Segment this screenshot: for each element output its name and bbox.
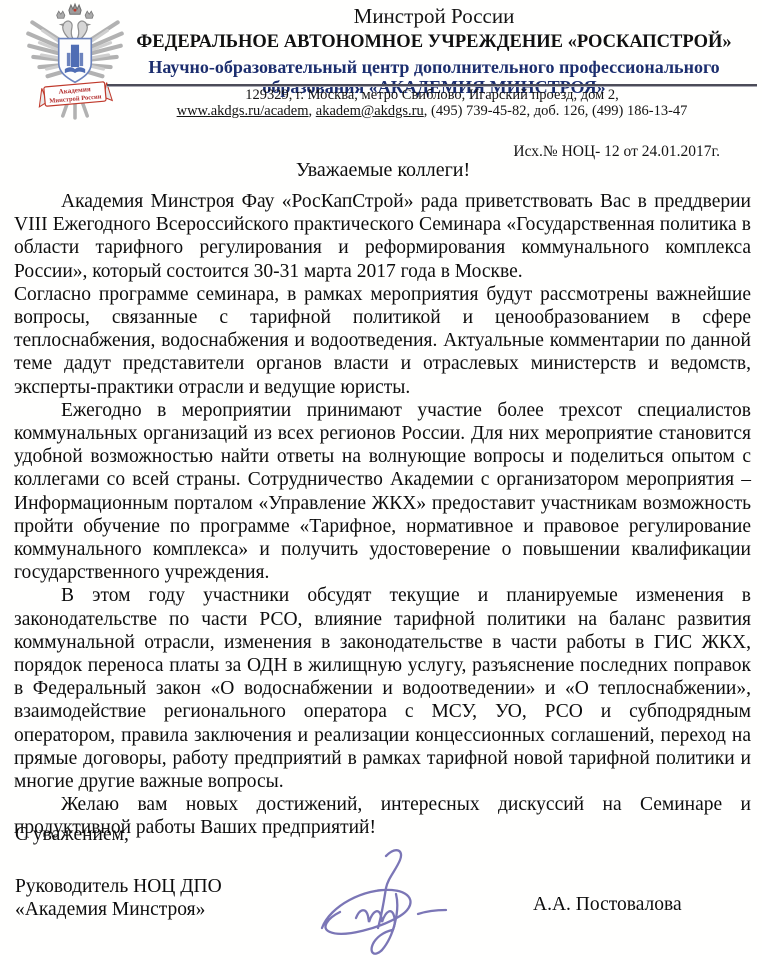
handwritten-signature-icon bbox=[286, 844, 474, 956]
paragraph-2: Согласно программе семинара, в рамках ме… bbox=[14, 283, 751, 399]
address-separator: , bbox=[309, 103, 316, 119]
org-name-top: Минстрой России bbox=[110, 4, 758, 29]
closing-phrase: С уважением, bbox=[15, 824, 129, 846]
address-line1: 129329, г. Москва, метро Свиблово, Игарс… bbox=[107, 88, 757, 104]
signer-title: Руководитель НОЦ ДПО «Академия Минстроя» bbox=[15, 875, 222, 921]
paragraph-1: Академия Минстроя Фау «РосКапСтрой» рада… bbox=[14, 190, 751, 283]
address-line2: www.akdgs.ru/academ, akadem@akdgs.ru, (4… bbox=[107, 104, 757, 120]
paragraph-4: В этом году участники обсудят текущие и … bbox=[14, 584, 751, 793]
paragraph-3: Ежегодно в мероприятии принимают участие… bbox=[14, 399, 751, 585]
signer-title-line2: «Академия Минстроя» bbox=[15, 898, 222, 921]
email-link: akadem@akdgs.ru bbox=[316, 103, 424, 119]
website-link: www.akdgs.ru/academ bbox=[177, 103, 309, 119]
org-center-line1: Научно-образовательный центр дополнитель… bbox=[110, 57, 758, 77]
letter-page: Академия Минстрой России Минстрой России… bbox=[0, 0, 762, 960]
org-name-main: ФЕДЕРАЛЬНОЕ АВТОНОМНОЕ УЧРЕЖДЕНИЕ «РОСКА… bbox=[110, 32, 758, 54]
address-phones: , (495) 739-45-82, доб. 126, (499) 186-1… bbox=[424, 103, 688, 119]
contact-block: 129329, г. Москва, метро Свиблово, Игарс… bbox=[107, 88, 757, 119]
signer-title-line1: Руководитель НОЦ ДПО bbox=[15, 875, 222, 898]
signer-name: А.А. Постовалова bbox=[533, 894, 682, 916]
salutation: Уважаемые коллеги! bbox=[15, 159, 751, 182]
letter-body: Академия Минстроя Фау «РосКапСтрой» рада… bbox=[14, 190, 751, 840]
